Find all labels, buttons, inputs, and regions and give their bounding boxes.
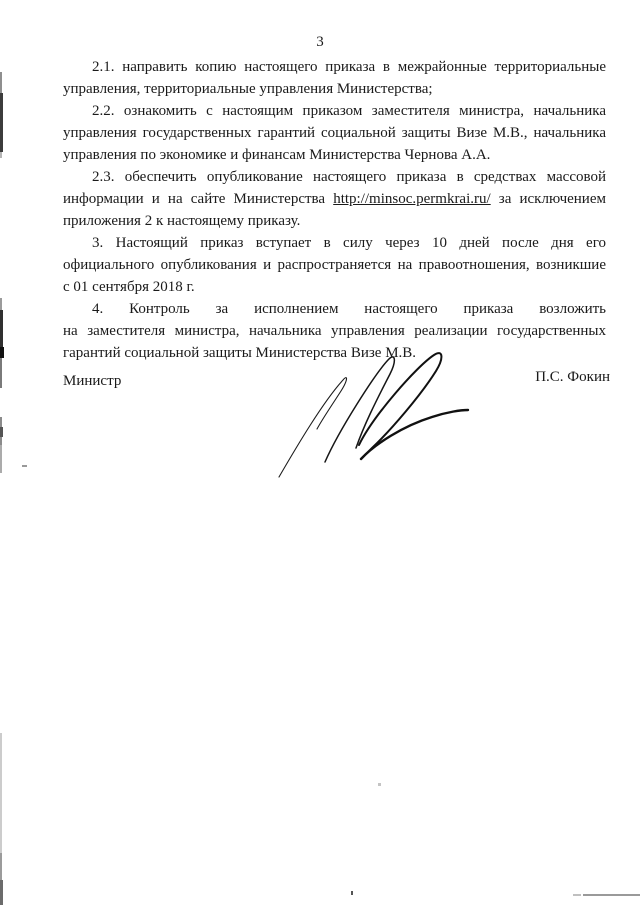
scan-artifact-left-strip	[0, 445, 2, 473]
clause-2-2-line-3: управления по экономике и финансам Минис…	[63, 144, 606, 166]
handwritten-signature-icon	[275, 350, 470, 480]
clause-2-1-line-2: управления, территориальные управления М…	[63, 78, 606, 100]
clause-2-1-line-1: 2.1. направить копию настоящего приказа …	[63, 56, 606, 78]
scan-artifact-left-strip	[0, 358, 2, 388]
page-number: 3	[0, 31, 640, 53]
clause-3-line-1: 3. Настоящий приказ вступает в силу чере…	[63, 232, 606, 254]
clause-3-line-3: с 01 сентября 2018 г.	[63, 276, 606, 298]
scan-artifact-dot	[351, 891, 353, 895]
clause-2-2-line-2: управления государственных гарантий соци…	[63, 122, 606, 144]
signer-title: Министр	[63, 370, 121, 392]
ministry-website-link: http://minsoc.permkrai.ru/	[333, 191, 490, 207]
scan-artifact-left-strip	[0, 733, 2, 853]
clause-2-2-line-1: 2.2. ознакомить с настоящим приказом зам…	[63, 100, 606, 122]
clause-2-3-line-1: 2.3. обеспечить опубликование настоящего…	[63, 166, 606, 188]
clause-2-3-line-2-text: за исключением	[499, 191, 606, 207]
document-page: 3 2.1. направить копию настоящего приказ…	[0, 0, 640, 905]
order-body-text: 2.1. направить копию настоящего приказа …	[63, 56, 606, 364]
clause-2-3-line-2: информации и на сайте Министерства http:…	[63, 188, 606, 210]
scan-artifact-left-strip	[0, 72, 2, 93]
signer-name: П.С. Фокин	[535, 366, 610, 388]
scan-artifact-left-strip	[0, 93, 3, 152]
scan-artifact-left-strip	[0, 347, 4, 358]
clause-3-line-2: официального опубликования и распростран…	[63, 254, 606, 276]
scan-artifact-left-strip	[0, 152, 2, 158]
scan-artifact-dash	[22, 465, 27, 467]
scan-artifact-dot	[378, 783, 381, 786]
scan-artifact-left-strip	[0, 880, 3, 905]
scan-artifact-bottom-line	[583, 894, 640, 896]
scan-artifact-left-strip	[0, 427, 3, 437]
clause-4-line-2: на заместителя министра, начальника упра…	[63, 320, 606, 342]
scan-artifact-left-strip	[0, 298, 2, 310]
clause-4-line-1: 4. Контроль за исполнением настоящего пр…	[63, 298, 606, 320]
clause-2-3-line-3: приложения 2 к настоящему приказу.	[63, 210, 606, 232]
scan-artifact-bottom-line	[573, 894, 581, 896]
clause-2-3-line-2-text: информации и на сайте Министерства	[63, 191, 325, 207]
